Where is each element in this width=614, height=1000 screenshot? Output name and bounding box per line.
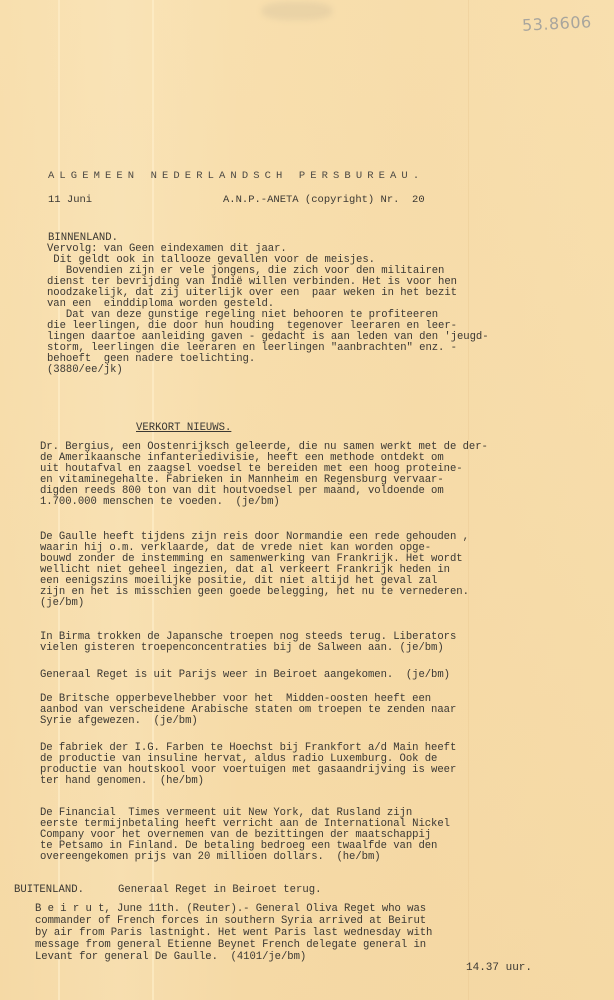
buitenland-headline: Generaal Reget in Beiroet terug. <box>118 884 321 896</box>
text-line: zijn en het is misschien geen goede bele… <box>40 587 469 598</box>
paper-fold-line <box>468 0 469 1000</box>
text-line: B e i r u t, June 11th. (Reuter).- Gener… <box>35 904 426 915</box>
text-line: Levant for general De Gaulle. (4101/je/b… <box>35 952 306 963</box>
timestamp: 14.37 uur. <box>466 962 532 974</box>
text-line: commander of French forces in southern S… <box>35 916 426 927</box>
text-line: by air from Paris lastnight. Het went Pa… <box>35 928 432 939</box>
section-label-buitenland: BUITENLAND. <box>14 884 84 896</box>
document-reference: A.N.P.-ANETA (copyright) Nr. 20 <box>223 194 425 206</box>
text-line: message from general Etienne Beynet Fren… <box>35 940 426 951</box>
masthead: ALGEMEEN NEDERLANDSCH PERSBUREAU. <box>48 170 424 182</box>
ink-smudge <box>262 2 332 20</box>
text-line: Syrie afgewezen. (je/bm) <box>40 716 198 727</box>
text-line: 1.700.000 menschen te voeden. (je/bm) <box>40 497 280 508</box>
text-line: ter hand genomen. (he/bm) <box>40 776 204 787</box>
text-line: (3880/ee/jk) <box>47 365 123 376</box>
document-date: 11 Juni <box>48 194 92 206</box>
text-line: vielen gisteren troepenconcentraties bij… <box>40 643 444 654</box>
handwritten-archive-number: 53.8606 <box>522 12 593 35</box>
text-line: Generaal Reget is uit Parijs weer in Bei… <box>40 670 450 681</box>
document-page: 53.8606 ALGEMEEN NEDERLANDSCH PERSBUREAU… <box>0 0 614 1000</box>
section-heading-verkort-nieuws: VERKORT NIEUWS. <box>136 422 231 434</box>
text-line: (je/bm) <box>40 598 84 609</box>
text-line: overeengekomen prijs van 20 millioen dol… <box>40 852 381 863</box>
